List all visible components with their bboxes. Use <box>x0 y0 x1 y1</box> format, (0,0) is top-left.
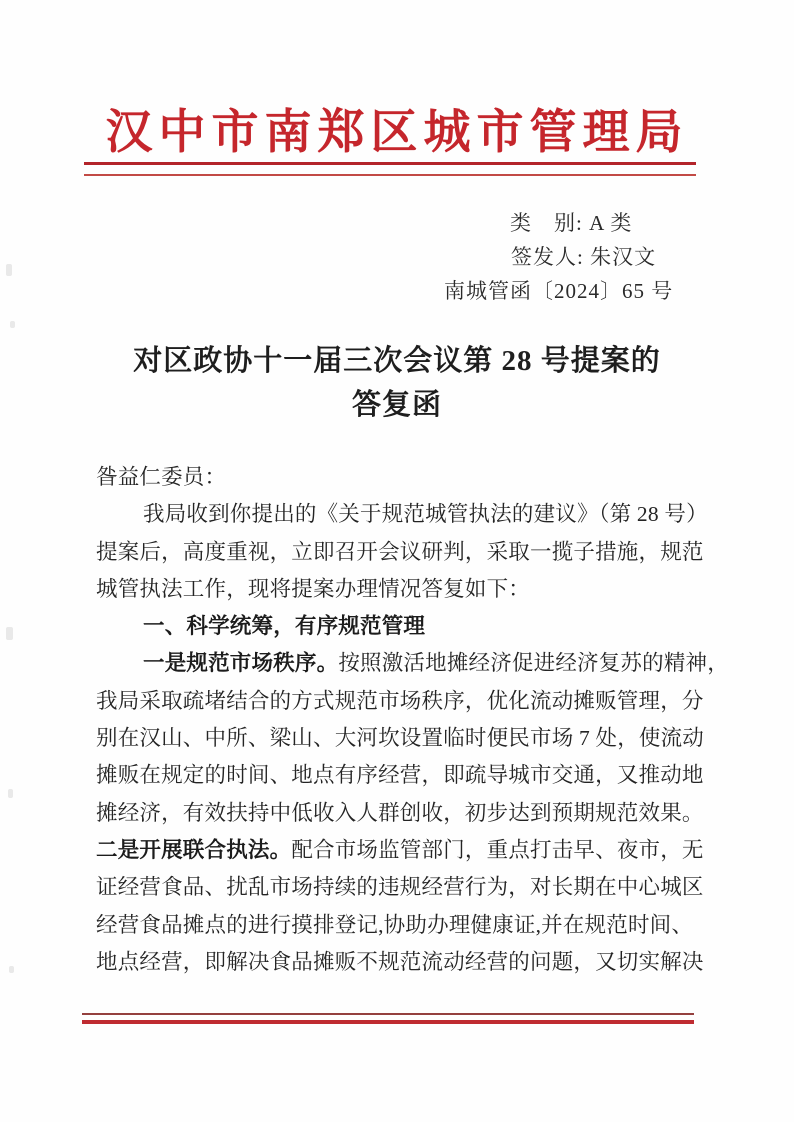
footer-rule-thin <box>82 1013 694 1015</box>
scan-artifact <box>6 264 12 276</box>
meta-category: 类 别: A 类 <box>510 211 632 236</box>
body-line-lead: 二是开展联合执法。 <box>96 838 291 862</box>
body-line: 地点经营，即解决食品摊贩不规范流动经营的问题，又切实解决 <box>96 944 708 981</box>
body-line-text: 地点经营，即解决食品摊贩不规范流动经营的问题，又切实解决 <box>96 950 704 974</box>
body-line-text: 城管执法工作，现将提案办理情况答复如下： <box>96 577 530 601</box>
body-line: 提案后，高度重视，立即召开会议研判，采取一揽子措施，规范 <box>96 534 708 571</box>
body-line-lead: 一、科学统筹，有序规范管理 <box>143 614 425 638</box>
body-line: 别在汉山、中所、梁山、大河坎设置临时便民市场 7 处，使流动 <box>96 720 708 757</box>
body-line-lead: 一是规范市场秩序。 <box>143 651 338 675</box>
body-line-salutation: 昝益仁委员： <box>96 459 708 496</box>
body-line-text: 摊贩在规定的时间、地点有序经营，即疏导城市交通，又推动地 <box>96 763 704 787</box>
body-line-text: 我局采取疏堵结合的方式规范市场秩序，优化流动摊贩管理，分 <box>96 689 704 713</box>
body-line: 经营食品摊点的进行摸排登记,协助办理健康证,并在规范时间、 <box>96 907 708 944</box>
document-body: 昝益仁委员： 我局收到你提出的《关于规范城管执法的建议》（第 28 号） 提案后… <box>96 459 708 981</box>
body-line: 我局采取疏堵结合的方式规范市场秩序，优化流动摊贩管理，分 <box>96 683 708 720</box>
body-line-text: 昝益仁委员： <box>96 465 226 489</box>
body-line: 我局收到你提出的《关于规范城管执法的建议》（第 28 号） <box>96 496 708 533</box>
document-title-line2: 答复函 <box>0 388 794 422</box>
document-title-line1: 对区政协十一届三次会议第 28 号提案的 <box>0 344 794 378</box>
scan-artifact <box>9 966 14 973</box>
body-line-section-heading: 一、科学统筹，有序规范管理 <box>96 608 708 645</box>
body-line-text: 别在汉山、中所、梁山、大河坎设置临时便民市场 7 处，使流动 <box>96 726 704 750</box>
body-line-text: 配合市场监管部门，重点打击早、夜市，无 <box>291 838 703 862</box>
body-line: 二是开展联合执法。配合市场监管部门，重点打击早、夜市，无 <box>96 832 708 869</box>
document-ref-number: 南城管函〔2024〕65 号 <box>444 279 673 304</box>
body-line-text: 按照激活地摊经济促进经济复苏的精神， <box>338 651 729 675</box>
body-line-text: 经营食品摊点的进行摸排登记,协助办理健康证,并在规范时间、 <box>96 913 693 937</box>
scan-artifact <box>10 321 15 328</box>
scan-artifact <box>6 627 13 640</box>
body-line-text: 摊经济，有效扶持中低收入人群创收，初步达到预期规范效果。 <box>96 801 704 825</box>
body-line: 摊贩在规定的时间、地点有序经营，即疏导城市交通，又推动地 <box>96 757 708 794</box>
body-line-text: 证经营食品、扰乱市场持续的违规经营行为，对长期在中心城区 <box>96 875 704 899</box>
letterhead-agency-name: 汉中市南郑区城市管理局 <box>0 108 794 158</box>
meta-issuer: 签发人: 朱汉文 <box>511 245 656 270</box>
footer-rule-thick <box>82 1020 694 1024</box>
body-line: 证经营食品、扰乱市场持续的违规经营行为，对长期在中心城区 <box>96 869 708 906</box>
scanned-letter-page: 汉中市南郑区城市管理局 类 别: A 类 签发人: 朱汉文 南城管函〔2024〕… <box>0 0 794 1122</box>
body-line-text: 我局收到你提出的《关于规范城管执法的建议》（第 28 号） <box>143 502 708 526</box>
body-line-text: 提案后，高度重视，立即召开会议研判，采取一揽子措施，规范 <box>96 540 704 564</box>
body-line: 一是规范市场秩序。按照激活地摊经济促进经济复苏的精神， <box>96 645 708 682</box>
letterhead-rule-bottom <box>84 174 696 176</box>
scan-artifact <box>8 789 13 798</box>
letterhead-rule-top <box>84 162 696 165</box>
body-line: 摊经济，有效扶持中低收入人群创收，初步达到预期规范效果。 <box>96 795 708 832</box>
body-line: 城管执法工作，现将提案办理情况答复如下： <box>96 571 708 608</box>
